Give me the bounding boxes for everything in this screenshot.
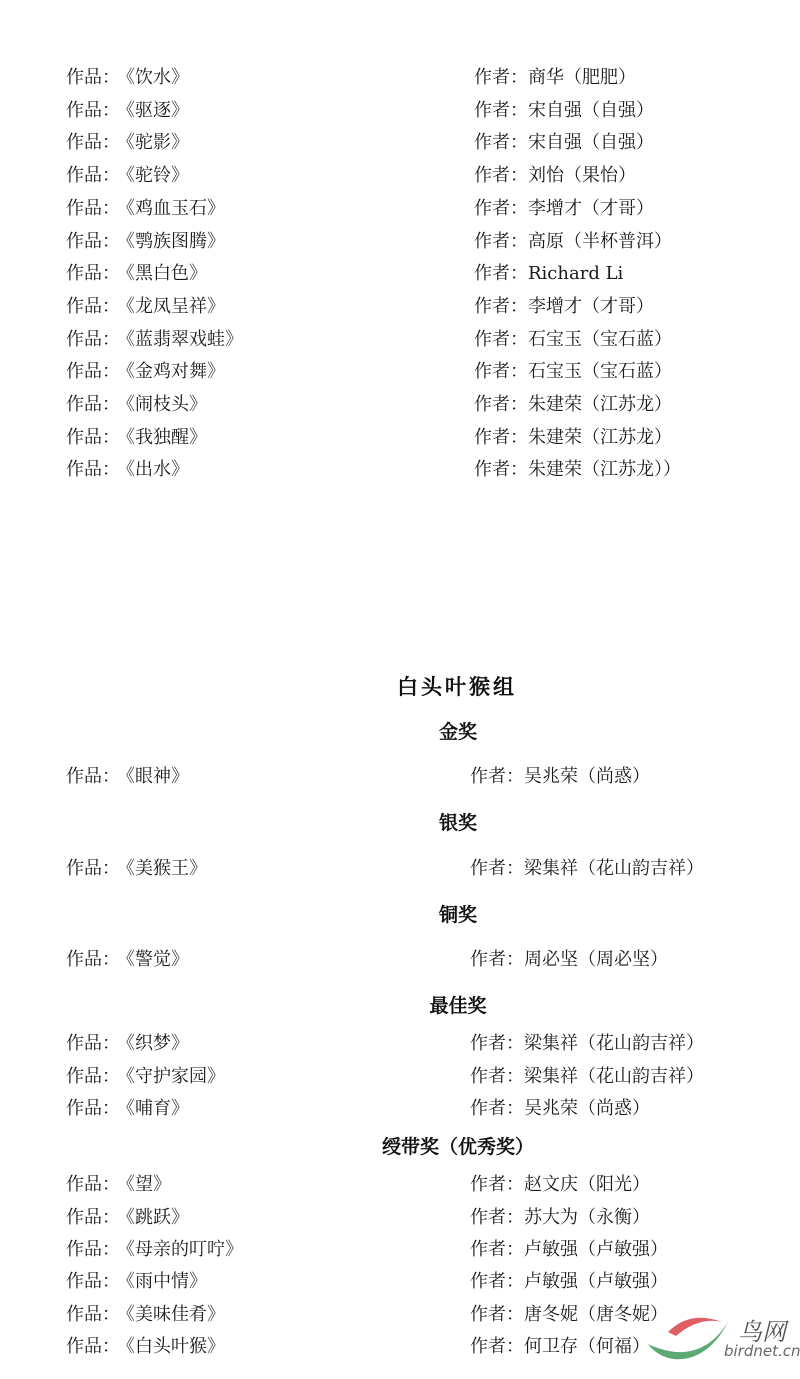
entry-row: 作品：《守护家园》 作者：梁集祥（花山韵吉祥） — [0, 1062, 800, 1092]
author-cell: 作者：李增才（才哥） — [474, 194, 654, 224]
author-name: 石宝玉（宝石蓝） — [528, 361, 672, 382]
entry-row: 作品：《驼铃》 作者：刘怡（果怡） — [0, 161, 800, 191]
work-title: 《黑白色》 — [126, 263, 207, 284]
work-cell: 作品：《美味佳肴》 — [66, 1300, 225, 1330]
author-cell: 作者：梁集祥（花山韵吉祥） — [470, 1029, 704, 1059]
author-label: 作者： — [470, 1207, 524, 1228]
work-label: 作品： — [66, 1304, 120, 1325]
entry-row: 作品：《眼神》 作者：吴兆荣（尚惑） — [0, 762, 800, 792]
work-label: 作品： — [66, 132, 120, 153]
author-label: 作者： — [470, 766, 524, 787]
work-label: 作品： — [66, 858, 120, 879]
award-heading: 银奖 — [0, 808, 800, 838]
author-cell: 作者：何卫存（何福） — [470, 1332, 650, 1362]
author-name: 宋自强（自强） — [528, 132, 654, 153]
author-name: 梁集祥（花山韵吉祥） — [524, 1066, 704, 1087]
entry-row: 作品：《跳跃》 作者：苏大为（永衡） — [0, 1203, 800, 1233]
author-name: 梁集祥（花山韵吉祥） — [524, 1033, 704, 1054]
work-title: 《哺育》 — [126, 1098, 189, 1119]
entry-row: 作品：《我独醒》 作者：朱建荣（江苏龙） — [0, 423, 800, 453]
work-cell: 作品：《鹗族图腾》 — [66, 227, 225, 257]
work-cell: 作品：《美猴王》 — [66, 854, 207, 884]
work-title: 《我独醒》 — [126, 427, 207, 448]
author-label: 作者： — [470, 1033, 524, 1054]
work-cell: 作品：《我独醒》 — [66, 423, 207, 453]
work-label: 作品： — [66, 1271, 120, 1292]
author-label: 作者： — [474, 231, 528, 252]
work-label: 作品： — [66, 165, 120, 186]
author-cell: 作者：宋自强（自强） — [474, 96, 654, 126]
work-cell: 作品：《白头叶猴》 — [66, 1332, 225, 1362]
work-cell: 作品：《守护家园》 — [66, 1062, 225, 1092]
work-cell: 作品：《出水》 — [66, 455, 189, 485]
author-label: 作者： — [470, 1066, 524, 1087]
entry-row: 作品：《蓝翡翠戏蛙》 作者：石宝玉（宝石蓝） — [0, 325, 800, 355]
author-cell: 作者：刘怡（果怡） — [474, 161, 636, 191]
entry-row: 作品：《鸡血玉石》 作者：李增才（才哥） — [0, 194, 800, 224]
author-label: 作者： — [474, 198, 528, 219]
work-title: 《驱逐》 — [126, 100, 189, 121]
work-cell: 作品：《蓝翡翠戏蛙》 — [66, 325, 243, 355]
work-title: 《金鸡对舞》 — [126, 361, 225, 382]
entry-row: 作品：《母亲的叮咛》 作者：卢敏强（卢敏强） — [0, 1235, 800, 1265]
work-title: 《美猴王》 — [126, 858, 207, 879]
work-title: 《龙凤呈祥》 — [126, 296, 225, 317]
work-label: 作品： — [66, 296, 120, 317]
author-cell: 作者：李增才（才哥） — [474, 292, 654, 322]
author-label: 作者： — [474, 394, 528, 415]
author-name: 李增才（才哥） — [528, 198, 654, 219]
work-label: 作品： — [66, 766, 120, 787]
work-cell: 作品：《哺育》 — [66, 1094, 189, 1124]
award-heading: 绶带奖（优秀奖） — [0, 1132, 800, 1162]
author-label: 作者： — [474, 165, 528, 186]
entry-row: 作品：《望》 作者：赵文庆（阳光） — [0, 1170, 800, 1200]
author-label: 作者： — [470, 1271, 524, 1292]
work-title: 《警觉》 — [126, 949, 189, 970]
work-label: 作品： — [66, 394, 120, 415]
work-label: 作品： — [66, 100, 120, 121]
author-cell: 作者：高原（半杯普洱） — [474, 227, 672, 257]
author-label: 作者： — [474, 459, 528, 480]
work-label: 作品： — [66, 1066, 120, 1087]
entry-row: 作品：《警觉》 作者：周必坚（周必坚） — [0, 945, 800, 975]
author-cell: 作者：朱建荣（江苏龙） — [474, 390, 672, 420]
work-cell: 作品：《驼影》 — [66, 128, 189, 158]
group-title: 白头叶猴组 — [0, 672, 800, 702]
work-cell: 作品：《金鸡对舞》 — [66, 357, 225, 387]
author-label: 作者： — [470, 1336, 524, 1357]
work-label: 作品： — [66, 1336, 120, 1357]
author-name: 朱建荣（江苏龙） — [528, 394, 672, 415]
work-cell: 作品：《饮水》 — [66, 63, 189, 93]
author-cell: 作者：吴兆荣（尚惑） — [470, 762, 650, 792]
work-label: 作品： — [66, 427, 120, 448]
entry-row: 作品：《雨中情》 作者：卢敏强（卢敏强） — [0, 1267, 800, 1297]
author-cell: 作者：朱建荣（江苏龙） — [474, 423, 672, 453]
work-label: 作品： — [66, 198, 120, 219]
work-title: 《跳跃》 — [126, 1207, 189, 1228]
author-label: 作者： — [470, 1098, 524, 1119]
work-title: 《美味佳肴》 — [126, 1304, 225, 1325]
author-name: 吴兆荣（尚惑） — [524, 1098, 650, 1119]
entry-row: 作品：《织梦》 作者：梁集祥（花山韵吉祥） — [0, 1029, 800, 1059]
author-name: 卢敏强（卢敏强） — [524, 1271, 668, 1292]
author-cell: 作者：周必坚（周必坚） — [470, 945, 668, 975]
author-label: 作者： — [474, 296, 528, 317]
work-cell: 作品：《鸡血玉石》 — [66, 194, 225, 224]
author-label: 作者： — [474, 263, 528, 284]
work-cell: 作品：《警觉》 — [66, 945, 189, 975]
work-title: 《眼神》 — [126, 766, 189, 787]
work-cell: 作品：《驼铃》 — [66, 161, 189, 191]
author-label: 作者： — [474, 132, 528, 153]
author-cell: 作者：吴兆荣（尚惑） — [470, 1094, 650, 1124]
work-label: 作品： — [66, 231, 120, 252]
author-name: 吴兆荣（尚惑） — [524, 766, 650, 787]
entry-row: 作品：《饮水》 作者：商华（肥肥） — [0, 63, 800, 93]
author-cell: 作者：梁集祥（花山韵吉祥） — [470, 1062, 704, 1092]
entry-row: 作品：《鹗族图腾》 作者：高原（半杯普洱） — [0, 227, 800, 257]
work-cell: 作品：《龙凤呈祥》 — [66, 292, 225, 322]
work-label: 作品： — [66, 1098, 120, 1119]
birdnet-logo-icon — [646, 1308, 736, 1368]
work-label: 作品： — [66, 263, 120, 284]
author-name: 刘怡（果怡） — [528, 165, 636, 186]
author-cell: 作者：梁集祥（花山韵吉祥） — [470, 854, 704, 884]
author-label: 作者： — [474, 329, 528, 350]
work-label: 作品： — [66, 67, 120, 88]
author-label: 作者： — [470, 858, 524, 879]
work-title: 《守护家园》 — [126, 1066, 225, 1087]
author-cell: 作者：Richard Li — [474, 259, 623, 289]
entry-row: 作品：《哺育》 作者：吴兆荣（尚惑） — [0, 1094, 800, 1124]
work-label: 作品： — [66, 949, 120, 970]
award-heading: 最佳奖 — [0, 991, 800, 1021]
work-title: 《闹枝头》 — [126, 394, 207, 415]
author-name: 高原（半杯普洱） — [528, 231, 672, 252]
author-name: 朱建荣（江苏龙）） — [528, 459, 681, 480]
work-label: 作品： — [66, 1174, 120, 1195]
work-cell: 作品：《驱逐》 — [66, 96, 189, 126]
author-name: 卢敏强（卢敏强） — [524, 1239, 668, 1260]
author-label: 作者： — [470, 1174, 524, 1195]
author-cell: 作者：朱建荣（江苏龙）） — [474, 455, 681, 485]
work-cell: 作品：《母亲的叮咛》 — [66, 1235, 243, 1265]
author-name: 何卫存（何福） — [524, 1336, 650, 1357]
award-heading: 金奖 — [0, 717, 800, 747]
work-cell: 作品：《黑白色》 — [66, 259, 207, 289]
work-title: 《雨中情》 — [126, 1271, 207, 1292]
author-label: 作者： — [474, 361, 528, 382]
work-label: 作品： — [66, 329, 120, 350]
author-cell: 作者：商华（肥肥） — [474, 63, 636, 93]
entry-row: 作品：《驱逐》 作者：宋自强（自强） — [0, 96, 800, 126]
author-label: 作者： — [474, 100, 528, 121]
work-title: 《蓝翡翠戏蛙》 — [126, 329, 243, 350]
author-label: 作者： — [470, 1239, 524, 1260]
work-title: 《白头叶猴》 — [126, 1336, 225, 1357]
author-cell: 作者：唐冬妮（唐冬妮） — [470, 1300, 668, 1330]
work-cell: 作品：《望》 — [66, 1170, 171, 1200]
author-name: 朱建荣（江苏龙） — [528, 427, 672, 448]
work-title: 《鸡血玉石》 — [126, 198, 225, 219]
work-cell: 作品：《跳跃》 — [66, 1203, 189, 1233]
entry-row: 作品：《黑白色》 作者：Richard Li — [0, 259, 800, 289]
author-name: 商华（肥肥） — [528, 67, 636, 88]
work-label: 作品： — [66, 1207, 120, 1228]
work-label: 作品： — [66, 459, 120, 480]
entry-row: 作品：《驼影》 作者：宋自强（自强） — [0, 128, 800, 158]
entry-row: 作品：《出水》 作者：朱建荣（江苏龙）） — [0, 455, 800, 485]
work-title: 《望》 — [126, 1174, 171, 1195]
author-label: 作者： — [474, 67, 528, 88]
work-title: 《母亲的叮咛》 — [126, 1239, 243, 1260]
work-cell: 作品：《闹枝头》 — [66, 390, 207, 420]
work-cell: 作品：《眼神》 — [66, 762, 189, 792]
birdnet-watermark: 鸟网 birdnet.cn — [646, 1308, 800, 1368]
author-cell: 作者：宋自强（自强） — [474, 128, 654, 158]
author-name: Richard Li — [528, 263, 623, 284]
author-cell: 作者：石宝玉（宝石蓝） — [474, 357, 672, 387]
work-title: 《驼铃》 — [126, 165, 189, 186]
work-title: 《鹗族图腾》 — [126, 231, 225, 252]
author-label: 作者： — [474, 427, 528, 448]
author-name: 赵文庆（阳光） — [524, 1174, 650, 1195]
author-cell: 作者：赵文庆（阳光） — [470, 1170, 650, 1200]
entry-row: 作品：《金鸡对舞》 作者：石宝玉（宝石蓝） — [0, 357, 800, 387]
award-heading: 铜奖 — [0, 900, 800, 930]
entry-row: 作品：《龙凤呈祥》 作者：李增才（才哥） — [0, 292, 800, 322]
author-label: 作者： — [470, 1304, 524, 1325]
author-label: 作者： — [470, 949, 524, 970]
work-title: 《驼影》 — [126, 132, 189, 153]
author-name: 石宝玉（宝石蓝） — [528, 329, 672, 350]
entry-row: 作品：《闹枝头》 作者：朱建荣（江苏龙） — [0, 390, 800, 420]
work-title: 《织梦》 — [126, 1033, 189, 1054]
author-cell: 作者：卢敏强（卢敏强） — [470, 1235, 668, 1265]
work-cell: 作品：《织梦》 — [66, 1029, 189, 1059]
work-cell: 作品：《雨中情》 — [66, 1267, 207, 1297]
author-name: 宋自强（自强） — [528, 100, 654, 121]
entry-row: 作品：《美猴王》 作者：梁集祥（花山韵吉祥） — [0, 854, 800, 884]
author-name: 周必坚（周必坚） — [524, 949, 668, 970]
author-cell: 作者：石宝玉（宝石蓝） — [474, 325, 672, 355]
work-label: 作品： — [66, 1033, 120, 1054]
author-name: 梁集祥（花山韵吉祥） — [524, 858, 704, 879]
watermark-en-text: birdnet.cn — [724, 1342, 800, 1360]
author-name: 苏大为（永衡） — [524, 1207, 650, 1228]
work-label: 作品： — [66, 1239, 120, 1260]
author-cell: 作者：卢敏强（卢敏强） — [470, 1267, 668, 1297]
author-name: 李增才（才哥） — [528, 296, 654, 317]
work-title: 《饮水》 — [126, 67, 189, 88]
work-title: 《出水》 — [126, 459, 189, 480]
author-cell: 作者：苏大为（永衡） — [470, 1203, 650, 1233]
work-label: 作品： — [66, 361, 120, 382]
